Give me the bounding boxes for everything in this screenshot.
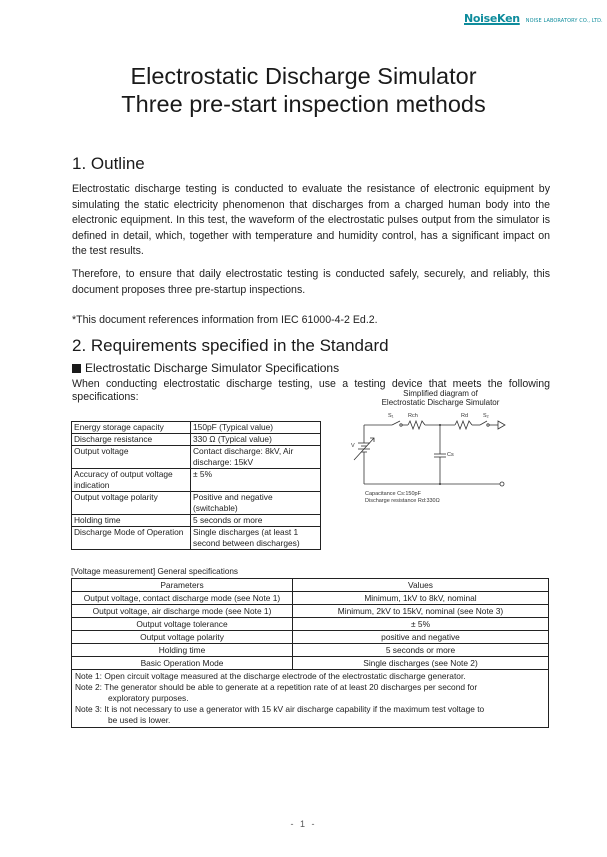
table-row: Output voltage, air discharge mode (see … <box>72 605 549 618</box>
table-note: Note 1: Open circuit voltage measured at… <box>75 671 545 682</box>
spec-value: 330 Ω (Typical value) <box>191 434 321 446</box>
spec-table: Energy storage capacity150pF (Typical va… <box>71 421 321 550</box>
table-row: Holding time5 seconds or more <box>72 644 549 657</box>
spec-row: Discharge Mode of OperationSingle discha… <box>72 527 321 550</box>
label-rch: Rch <box>408 413 418 420</box>
spec-param: Output voltage polarity <box>72 492 191 515</box>
spec-subheading: Electrostatic Discharge Simulator Specif… <box>72 361 339 375</box>
circuit-diagram: S₁ Rch Rd S₂ V Cs Capacitance Cs:150pF D… <box>340 405 540 510</box>
spec-param: Energy storage capacity <box>72 422 191 434</box>
company-logo: NoiseKen NOISE LABORATORY CO., LTD. <box>464 12 603 25</box>
parameter-cell: Output voltage polarity <box>72 631 293 644</box>
spec-param: Discharge resistance <box>72 434 191 446</box>
spec-value: Positive and negative (switchable) <box>191 492 321 515</box>
spec-value: Contact discharge: 8kV, Air discharge: 1… <box>191 446 321 469</box>
value-cell: Single discharges (see Note 2) <box>293 657 549 670</box>
parameter-cell: Output voltage, contact discharge mode (… <box>72 592 293 605</box>
general-spec-table: Parameters Values Output voltage, contac… <box>71 578 549 728</box>
square-bullet-icon <box>72 364 81 373</box>
parameter-cell: Holding time <box>72 644 293 657</box>
spec-row: Energy storage capacity150pF (Typical va… <box>72 422 321 434</box>
label-rd: Rd <box>461 413 468 420</box>
spec-param: Discharge Mode of Operation <box>72 527 191 550</box>
parameter-cell: Output voltage tolerance <box>72 618 293 631</box>
parameter-cell: Basic Operation Mode <box>72 657 293 670</box>
title-line-1: Electrostatic Discharge Simulator <box>0 62 607 90</box>
spec-param: Output voltage <box>72 446 191 469</box>
spec-value: ± 5% <box>191 469 321 492</box>
notes-cell: Note 1: Open circuit voltage measured at… <box>72 670 549 728</box>
diagram-legend-capacitance: Capacitance Cs:150pF <box>365 491 421 498</box>
logo-mark: NoiseKen <box>464 12 520 25</box>
section-1-heading: 1. Outline <box>72 154 145 174</box>
document-title: Electrostatic Discharge Simulator Three … <box>0 62 607 118</box>
notes-row: Note 1: Open circuit voltage measured at… <box>72 670 549 728</box>
table-row: Output voltage, contact discharge mode (… <box>72 592 549 605</box>
title-line-2: Three pre-start inspection methods <box>0 90 607 118</box>
page-number: - 1 - <box>0 819 607 829</box>
value-cell: Minimum, 1kV to 8kV, nominal <box>293 592 549 605</box>
label-s2: S₂ <box>483 413 489 420</box>
value-cell: positive and negative <box>293 631 549 644</box>
spec-value: Single discharges (at least 1 second bet… <box>191 527 321 550</box>
spec-row: Discharge resistance330 Ω (Typical value… <box>72 434 321 446</box>
section-2-heading: 2. Requirements specified in the Standar… <box>72 336 389 356</box>
label-v: V <box>351 443 355 450</box>
column-header-values: Values <box>293 579 549 592</box>
spec-row: Output voltageContact discharge: 8kV, Ai… <box>72 446 321 469</box>
parameter-cell: Output voltage, air discharge mode (see … <box>72 605 293 618</box>
outline-paragraph-1: Electrostatic discharge testing is condu… <box>72 182 550 260</box>
outline-paragraph-2: Therefore, to ensure that daily electros… <box>72 267 550 298</box>
label-s1: S₁ <box>388 413 394 420</box>
table-row: Output voltage polaritypositive and nega… <box>72 631 549 644</box>
table-note: Note 2: The generator should be able to … <box>75 682 545 704</box>
spec-row: Output voltage polarityPositive and nega… <box>72 492 321 515</box>
table-note: Note 3: It is not necessary to use a gen… <box>75 704 545 726</box>
reference-note: *This document references information fr… <box>72 313 550 329</box>
spec-row: Accuracy of output voltage indication± 5… <box>72 469 321 492</box>
value-cell: 5 seconds or more <box>293 644 549 657</box>
spec-value: 150pF (Typical value) <box>191 422 321 434</box>
table-row: Basic Operation ModeSingle discharges (s… <box>72 657 549 670</box>
general-spec-caption: [Voltage measurement] General specificat… <box>71 567 238 576</box>
label-cs: Cs <box>447 452 454 459</box>
spec-param: Accuracy of output voltage indication <box>72 469 191 492</box>
logo-company-name: NOISE LABORATORY CO., LTD. <box>526 18 603 25</box>
value-cell: Minimum, 2kV to 15kV, nominal (see Note … <box>293 605 549 618</box>
spec-value: 5 seconds or more <box>191 515 321 527</box>
table-row: Output voltage tolerance± 5% <box>72 618 549 631</box>
circuit-schematic <box>340 405 540 505</box>
spec-param: Holding time <box>72 515 191 527</box>
diagram-legend-resistance: Discharge resistance Rd:330Ω <box>365 498 440 505</box>
value-cell: ± 5% <box>293 618 549 631</box>
spec-row: Holding time5 seconds or more <box>72 515 321 527</box>
column-header-parameters: Parameters <box>72 579 293 592</box>
